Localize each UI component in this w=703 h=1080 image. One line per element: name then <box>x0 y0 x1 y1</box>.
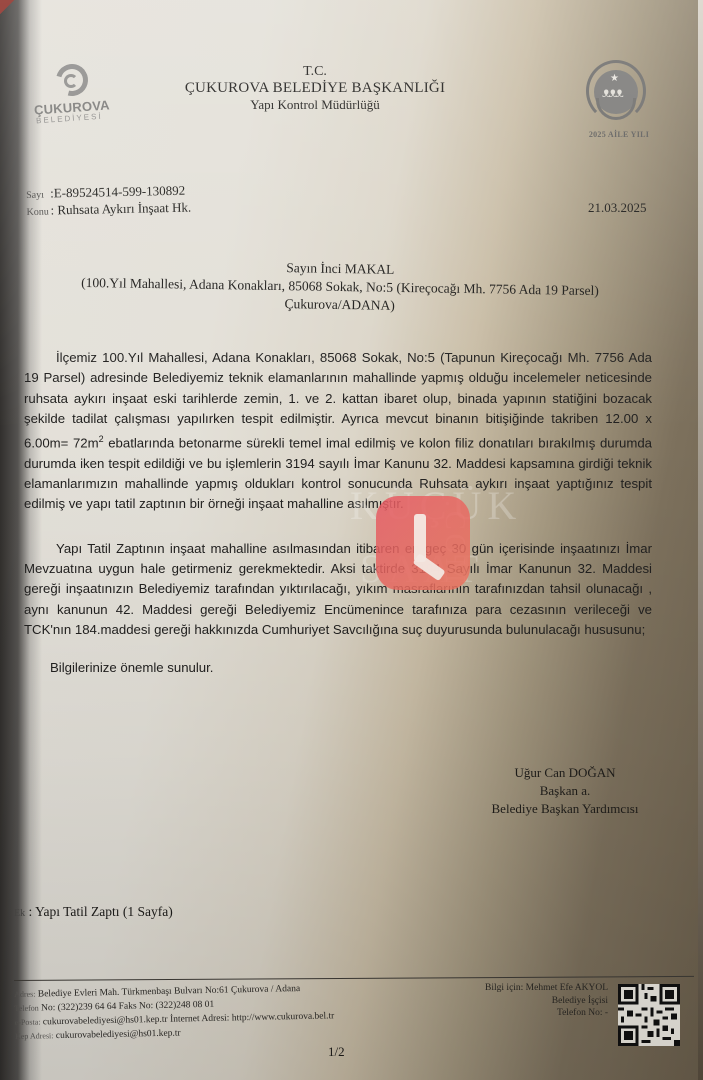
document-date: 21.03.2025 <box>588 200 647 216</box>
department-name: Yapı Kontrol Müdürlüğü <box>150 97 480 113</box>
clock-badge-icon <box>376 496 470 590</box>
letterhead: T.C. ÇUKUROVA BELEDİYE BAŞKANLIĞI Yapı K… <box>150 64 480 113</box>
tc-label: T.C. <box>150 64 480 80</box>
star-icon: ★ <box>610 73 619 84</box>
email-label: e-Posta: <box>15 1017 41 1027</box>
kep-value: cukurovabelediyesi@hs01.kep.tr <box>56 1029 181 1042</box>
address-label: Adres: <box>14 990 36 999</box>
clock-hand <box>413 553 446 581</box>
paragraph-2: Yapı Tatil Zaptının inşaat mahalline ası… <box>24 539 652 640</box>
sayi-value: :E-89524514-599-130892 <box>50 183 185 201</box>
signature-block: Uğur Can DOĞAN Başkan a. Belediye Başkan… <box>470 764 660 818</box>
document-photo: ÇUKUROVA BELEDİYESİ T.C. ÇUKUROVA BELEDİ… <box>0 0 703 1080</box>
wave-inner-icon <box>64 74 78 88</box>
page-number: 1/2 <box>328 1044 345 1060</box>
emblem-caption: 2025 AİLE YILI <box>580 130 658 139</box>
qr-code-icon <box>618 984 680 1046</box>
info-contact: Bilgi için: Mehmet Efe AKYOL <box>444 982 608 995</box>
signer-title-1: Başkan a. <box>470 782 660 800</box>
footer-contact: Adres: Belediye Evleri Mah. Türkmenbaşı … <box>14 981 335 1044</box>
sayi-label: Sayı <box>26 187 50 202</box>
signer-name: Uğur Can DOĞAN <box>470 764 660 782</box>
aile-yili-emblem-icon: ★ ᴥᴥᴥ 2025 AİLE YILI <box>580 60 660 145</box>
letter-body: İlçemiz 100.Yıl Mahallesi, Adana Konakla… <box>24 348 652 679</box>
konu-label: Konu <box>26 204 50 219</box>
konu-value: : Ruhsata Aykırı İnşaat Hk. <box>50 200 191 218</box>
reference-block: Sayı:E-89524514-599-130892 Konu: Ruhsata… <box>26 183 191 220</box>
annex-value: : Yapı Tatil Zaptı (1 Sayfa) <box>28 904 172 919</box>
page-edge <box>698 0 703 1080</box>
annex-label: Ek <box>14 908 25 919</box>
phone-label: Telefon <box>14 1003 39 1013</box>
annex-line: Ek : Yapı Tatil Zaptı (1 Sayfa) <box>14 904 173 920</box>
recipient-block: Sayın İnci MAKAL (100.Yıl Mahallesi, Ada… <box>40 255 641 318</box>
footer-divider <box>14 976 694 981</box>
footer-info: Bilgi için: Mehmet Efe AKYOL Belediye İş… <box>444 982 608 1020</box>
closing-line: Bilgilerinize önemle sunulur. <box>24 658 652 678</box>
organization-name: ÇUKUROVA BELEDİYE BAŞKANLIĞI <box>150 80 480 97</box>
signer-title-2: Belediye Başkan Yardımcısı <box>470 800 660 818</box>
cukurova-belediyesi-logo-icon: ÇUKUROVA BELEDİYESİ <box>34 62 114 137</box>
paragraph-1: İlçemiz 100.Yıl Mahallesi, Adana Konakla… <box>24 348 652 515</box>
kep-label: Kep Adresi: <box>15 1031 54 1041</box>
info-title: Belediye İşçisi <box>444 995 608 1008</box>
paragraph-1-text-b: ebatlarında betonarme sürekli temel imal… <box>24 436 652 512</box>
background-object <box>0 0 14 14</box>
info-phone: Telefon No: - <box>444 1007 608 1020</box>
